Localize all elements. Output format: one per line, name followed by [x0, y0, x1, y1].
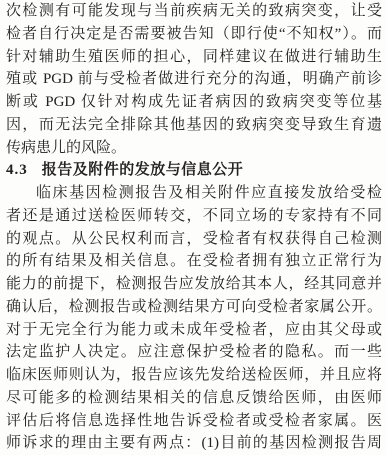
section-title: 报告及附件的发放与信息公开 [42, 162, 244, 178]
text-line: 的所有结果及相关信息。在受检者拥有独立正常行为 [6, 250, 382, 273]
text-line: 对于无完全行为能力或未成年受检者，应由其父母或 [6, 319, 382, 342]
text-line: 尽可能多的检测结果相关的信息反馈给医师，由医师 [6, 387, 382, 410]
text-line: 评估后将信息选择性地告诉受检者或受检者家属。医 [6, 410, 382, 433]
text-line: 法定监护人决定。应注意保护受检者的隐私。而一些 [6, 341, 382, 364]
text-line: 断或 PGD 仅针对构成先证者病因的致病突变等位基 [6, 91, 382, 114]
document-page: 次检测有可能发现与当前疾病无关的致病突变，让受 检者自行决定是否需要被告知（即行… [0, 0, 387, 455]
text-line: 确认后，检测报告或检测结果方可向受检者家属公开。 [6, 296, 382, 319]
text-line: 针对辅助生殖医师的担心，同样建议在做进行辅助生 [6, 46, 382, 69]
section-number: 4.3 [6, 162, 28, 178]
text-line: 检者自行决定是否需要被告知（即行使“不知权”）。而 [6, 23, 382, 46]
text-line: 临床医师则认为，报告应该先发给送检医师，并且应将 [6, 364, 382, 387]
text-line: 者还是通过送检医师转交，不同立场的专家持有不同 [6, 205, 382, 228]
section-heading: 4.3报告及附件的发放与信息公开 [6, 159, 382, 182]
text-line: 因，而无法完全排除其他基因的致病突变导致生育遗 [6, 114, 382, 137]
text-line: 次检测有可能发现与当前疾病无关的致病突变，让受 [6, 0, 382, 23]
text-line: 师诉求的理由主要有两点：(1)目前的基因检测报告周 [6, 432, 382, 455]
text-line: 传病患儿的风险。 [6, 137, 382, 160]
text-line: 的观点。从公民权利而言，受检者有权获得自己检测 [6, 228, 382, 251]
text-line: 殖或 PGD 前与受检者做进行充分的沟通，明确产前诊 [6, 68, 382, 91]
text-line: 临床基因检测报告及相关附件应直接发放给受检 [6, 182, 382, 205]
text-line: 能力的前提下，检测报告应发放给其本人，经其同意并 [6, 273, 382, 296]
